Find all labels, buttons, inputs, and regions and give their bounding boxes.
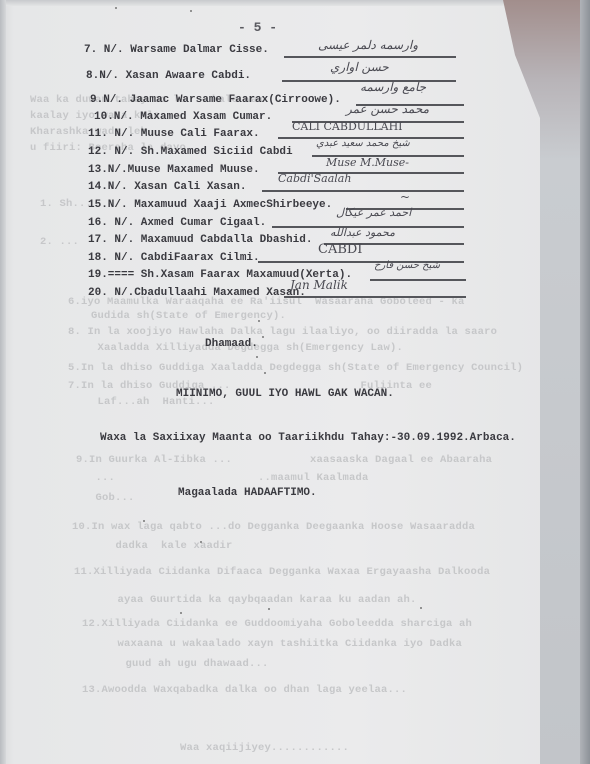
signature: Muse M.Muse- [326,156,409,169]
page-right-edge [580,0,590,764]
closing-text: Dhamaad. [205,338,258,350]
signature: جامع وارسمه [360,80,426,94]
signature: ~ [400,190,410,204]
signatory-name: 11. N/. Muuse Cali Faarax. [88,128,260,140]
signature: شيخ حسن فارح [374,260,440,271]
signature: Cabdi'Saalah [278,172,351,185]
document-page: Waa ka duwan tahay oo la - kale wax kaal… [0,0,590,764]
signature-line [262,190,464,192]
signature: Jan Malik [290,278,348,292]
signatory-name: 13.N/.Muuse Maxamed Muuse. [88,164,260,176]
signatory-name: 7. N/. Warsame Dalmar Cisse. [84,44,269,56]
signatory-name: 9.N/. Jaamac Warsame Faarax(Cirroowe). [90,94,341,106]
page-curl-shadow [495,0,590,764]
signatory-name: 17. N/. Maxamuud Cabdalla Dbashid. [88,234,312,246]
signature: CABDI [318,242,362,257]
date-line: Waxa la Saxiixay Maanta oo Taariikhdu Ta… [100,432,516,444]
signatory-name: 14.N/. Xasan Cali Xasan. [88,181,246,193]
motto-text: MIINIMO, GUUL IYO HAWL GAK WACAN. [176,388,394,400]
signatory-name: 15.N/. Maxamuud Xaaji AxmecShirbeeye. [88,199,332,211]
place-line: Magaalada HADAAFTIMO. [178,487,317,499]
signatory-name: 16. N/. Axmed Cumar Cigaal. [88,217,266,229]
signatory-name: 18. N/. CabdiFaarax Cilmi. [88,252,260,264]
page-left-edge [0,0,6,764]
signature-line [370,279,466,281]
signature: محمود عبدالله [330,226,395,239]
signatory-name: 10.N/. Maxamed Xasam Cumar. [94,111,272,123]
signature: محمد حسن عمر [346,102,429,116]
signatory-name: 12. N/. Sh.Maxamed Siciid Cabdi [88,146,293,158]
signature: CALI CABDULLAHI [292,120,403,133]
signatory-name: 8.N/. Xasan Awaare Cabdi. [86,70,251,82]
signature-line [284,56,456,58]
page-top-edge [0,0,590,6]
signature: احمد عمر عيكال [336,206,411,219]
signature: شيخ محمد سعيد عبدي [316,138,410,149]
signature: وارسمه دلمر عيسى [318,38,418,52]
signatory-name: 20. N/.Cbadullaahi Maxamed Xasan. [88,287,306,299]
page-number: - 5 - [238,20,277,35]
signature: حسن اواري [330,60,389,74]
signature-line [284,296,466,298]
